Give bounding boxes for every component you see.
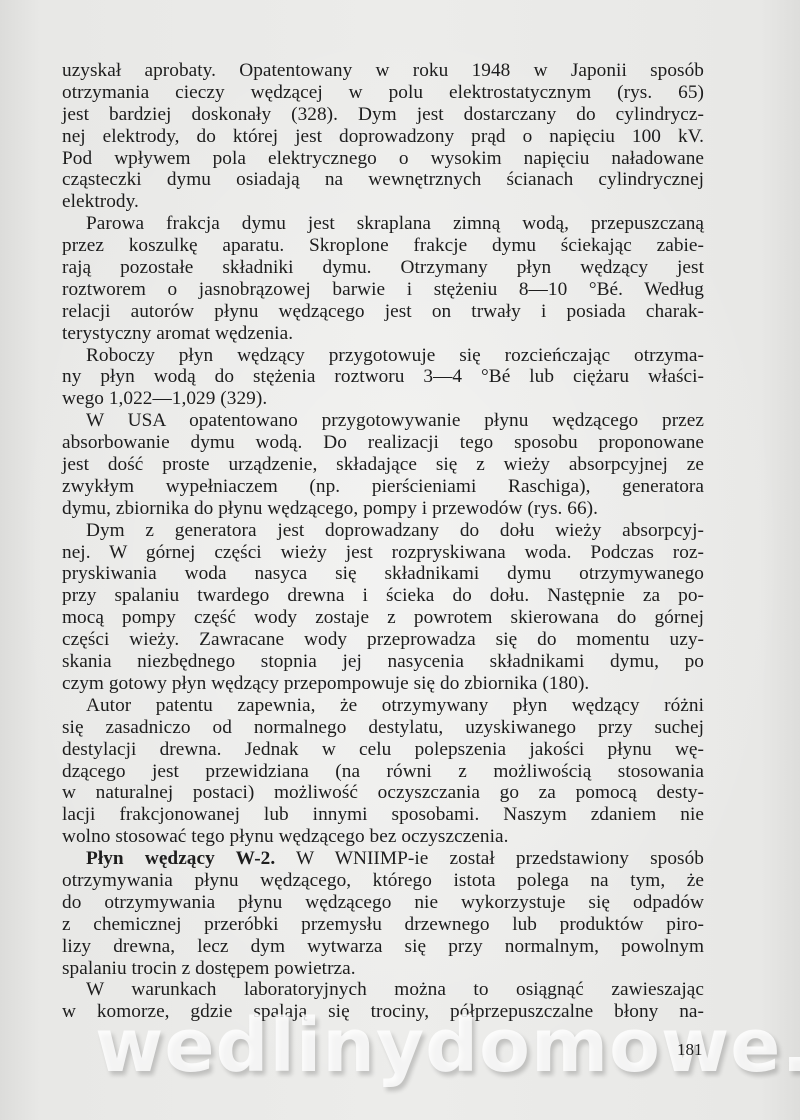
text-line-content: W WNIIMP-ie został przedstawiony sposób bbox=[275, 848, 704, 869]
text-line: Parowa frakcja dymu jest skraplana zimną… bbox=[62, 213, 704, 235]
text-line: lizy drewna, lecz dym wytwarza się przy … bbox=[62, 936, 704, 958]
text-line: spalaniu trocin z dostępem powietrza. bbox=[62, 958, 704, 980]
text-line: nej. W górnej części wieży jest rozprysk… bbox=[62, 542, 704, 564]
text-line: Autor patentu zapewnia, że otrzymywany p… bbox=[62, 695, 704, 717]
text-line: dymu, zbiornika do płynu wędzącego, pomp… bbox=[62, 498, 704, 520]
book-page: uzyskał aprobaty. Opatentowany w roku 19… bbox=[0, 0, 800, 1120]
section-heading-line: Płyn wędzący W-2. W WNIIMP-ie został prz… bbox=[62, 848, 704, 870]
text-line: W USA opatentowano przygotowywanie płynu… bbox=[62, 410, 704, 432]
text-line: nej elektrody, do której jest doprowadzo… bbox=[62, 126, 704, 148]
text-line: w naturalnej postaci) możliwość oczyszcz… bbox=[62, 782, 704, 804]
text-line: Pod wpływem pola elektrycznego o wysokim… bbox=[62, 148, 704, 170]
text-line: cząsteczki dymu osiadają na wewnętrznych… bbox=[62, 169, 704, 191]
text-line: zwykłym wypełniaczem (np. pierścieniami … bbox=[62, 476, 704, 498]
text-line: absorbowanie dymu wodą. Do realizacji te… bbox=[62, 432, 704, 454]
text-line: z chemicznej przeróbki przemysłu drzewne… bbox=[62, 914, 704, 936]
text-line: do otrzymywania płynu wędzącego nie wyko… bbox=[62, 892, 704, 914]
text-line: skania niezbędnego stopnia jej nasycenia… bbox=[62, 651, 704, 673]
text-line: Roboczy płyn wędzący przygotowuje się ro… bbox=[62, 345, 704, 367]
text-line: dzącego jest przewidziana (na równi z mo… bbox=[62, 761, 704, 783]
text-line: W warunkach laboratoryjnych można to osi… bbox=[62, 979, 704, 1001]
page-number: 181 bbox=[677, 1040, 703, 1060]
text-line: czym gotowy płyn wędzący przepompowuje s… bbox=[62, 673, 704, 695]
text-line: części wieży. Zawracane wody przeprowadz… bbox=[62, 629, 704, 651]
text-line: mocą pompy część wody zostaje z powrotem… bbox=[62, 607, 704, 629]
text-line: destylacji drewna. Jednak w celu polepsz… bbox=[62, 739, 704, 761]
text-line: rają pozostałe składniki dymu. Otrzymany… bbox=[62, 257, 704, 279]
text-line: roztworem o jasnobrązowej barwie i stęże… bbox=[62, 279, 704, 301]
section-heading: Płyn wędzący W-2. bbox=[86, 848, 275, 869]
text-line: ny płyn wodą do stężenia roztworu 3—4 °B… bbox=[62, 366, 704, 388]
body-text: uzyskał aprobaty. Opatentowany w roku 19… bbox=[62, 60, 704, 1023]
text-line: wolno stosować tego płynu wędzącego bez … bbox=[62, 826, 704, 848]
text-line: się zasadniczo od normalnego destylatu, … bbox=[62, 717, 704, 739]
text-line: Dym z generatora jest doprowadzany do do… bbox=[62, 520, 704, 542]
text-line: otrzymywania płynu wędzącego, którego is… bbox=[62, 870, 704, 892]
text-line: przy spalaniu twardego drewna i ścieka d… bbox=[62, 585, 704, 607]
text-line: pryskiwania woda nasyca się składnikami … bbox=[62, 563, 704, 585]
text-line: relacji autorów płynu wędzącego jest on … bbox=[62, 301, 704, 323]
text-line: terystyczny aromat wędzenia. bbox=[62, 323, 704, 345]
text-line: w komorze, gdzie spalają się trociny, pó… bbox=[62, 1001, 704, 1023]
text-line: przez koszulkę aparatu. Skroplone frakcj… bbox=[62, 235, 704, 257]
text-line: jest bardziej doskonały (328). Dym jest … bbox=[62, 104, 704, 126]
text-line: uzyskał aprobaty. Opatentowany w roku 19… bbox=[62, 60, 704, 82]
text-line: otrzymania cieczy wędzącej w polu elektr… bbox=[62, 82, 704, 104]
text-line: jest dość proste urządzenie, składające … bbox=[62, 454, 704, 476]
text-line: elektrody. bbox=[62, 191, 704, 213]
text-line: lacji frakcjonowanej lub innymi sposobam… bbox=[62, 804, 704, 826]
text-line: wego 1,022—1,029 (329). bbox=[62, 388, 704, 410]
